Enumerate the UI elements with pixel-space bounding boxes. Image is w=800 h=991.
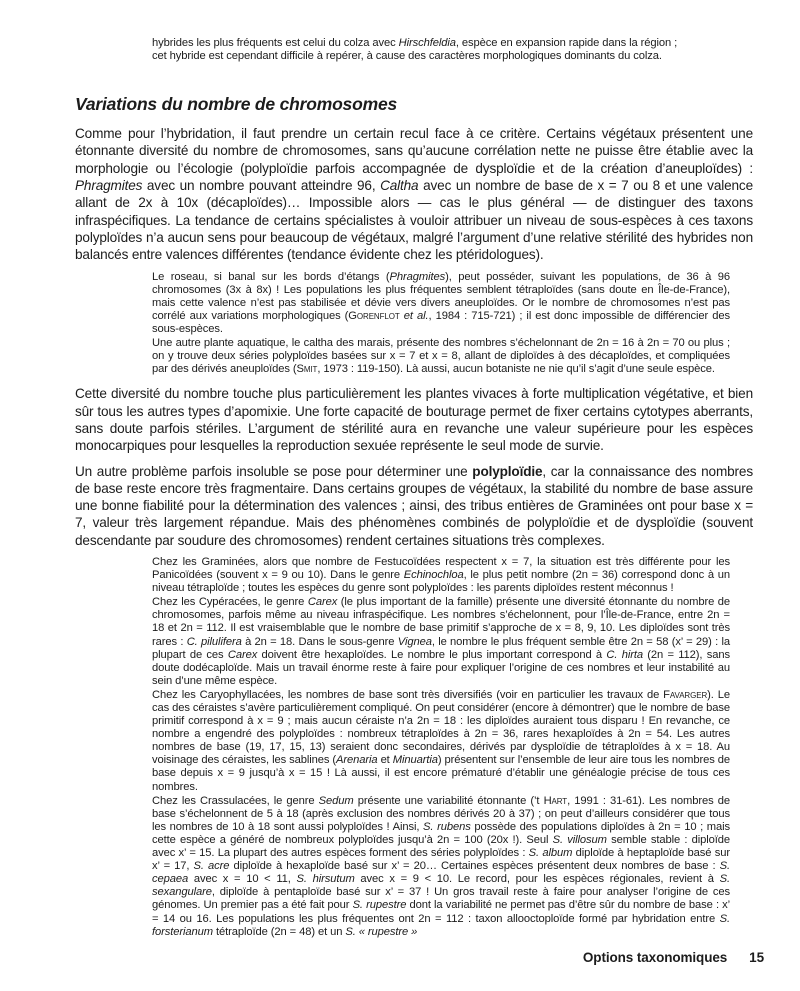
footer-section-title: Options taxonomiques — [583, 950, 727, 965]
body-paragraph: Un autre problème parfois insoluble se p… — [75, 463, 753, 549]
document-page: hybrides les plus fréquents est celui du… — [0, 0, 800, 991]
indented-note-group: Le roseau, si banal sur les bords d’étan… — [75, 271, 753, 377]
page-number: 15 — [749, 950, 764, 965]
indented-petit-note: Chez les Crassulacées, le genre Sedum pr… — [152, 795, 730, 939]
body-paragraph: Cette diversité du nombre touche plus pa… — [75, 385, 753, 454]
indented-petit-note: Chez les Graminées, alors que nombre de … — [152, 556, 730, 595]
paragraph-continuation-note: hybrides les plus fréquents est celui du… — [152, 37, 737, 63]
indented-petit-note: Une autre plante aquatique, le caltha de… — [152, 337, 730, 376]
indented-petit-note: Chez les Cypéracées, le genre Carex (le … — [152, 596, 730, 688]
indented-petit-note: Chez les Caryophyllacées, les nombres de… — [152, 689, 730, 794]
indented-note-group: Chez les Graminées, alors que nombre de … — [75, 556, 753, 939]
indented-petit-note: Le roseau, si banal sur les bords d’étan… — [152, 271, 730, 336]
body-paragraph: Comme pour l’hybridation, il faut prendr… — [75, 125, 753, 263]
section-heading: Variations du nombre de chromosomes — [75, 94, 753, 115]
running-footer: Options taxonomiques15 — [583, 950, 764, 965]
